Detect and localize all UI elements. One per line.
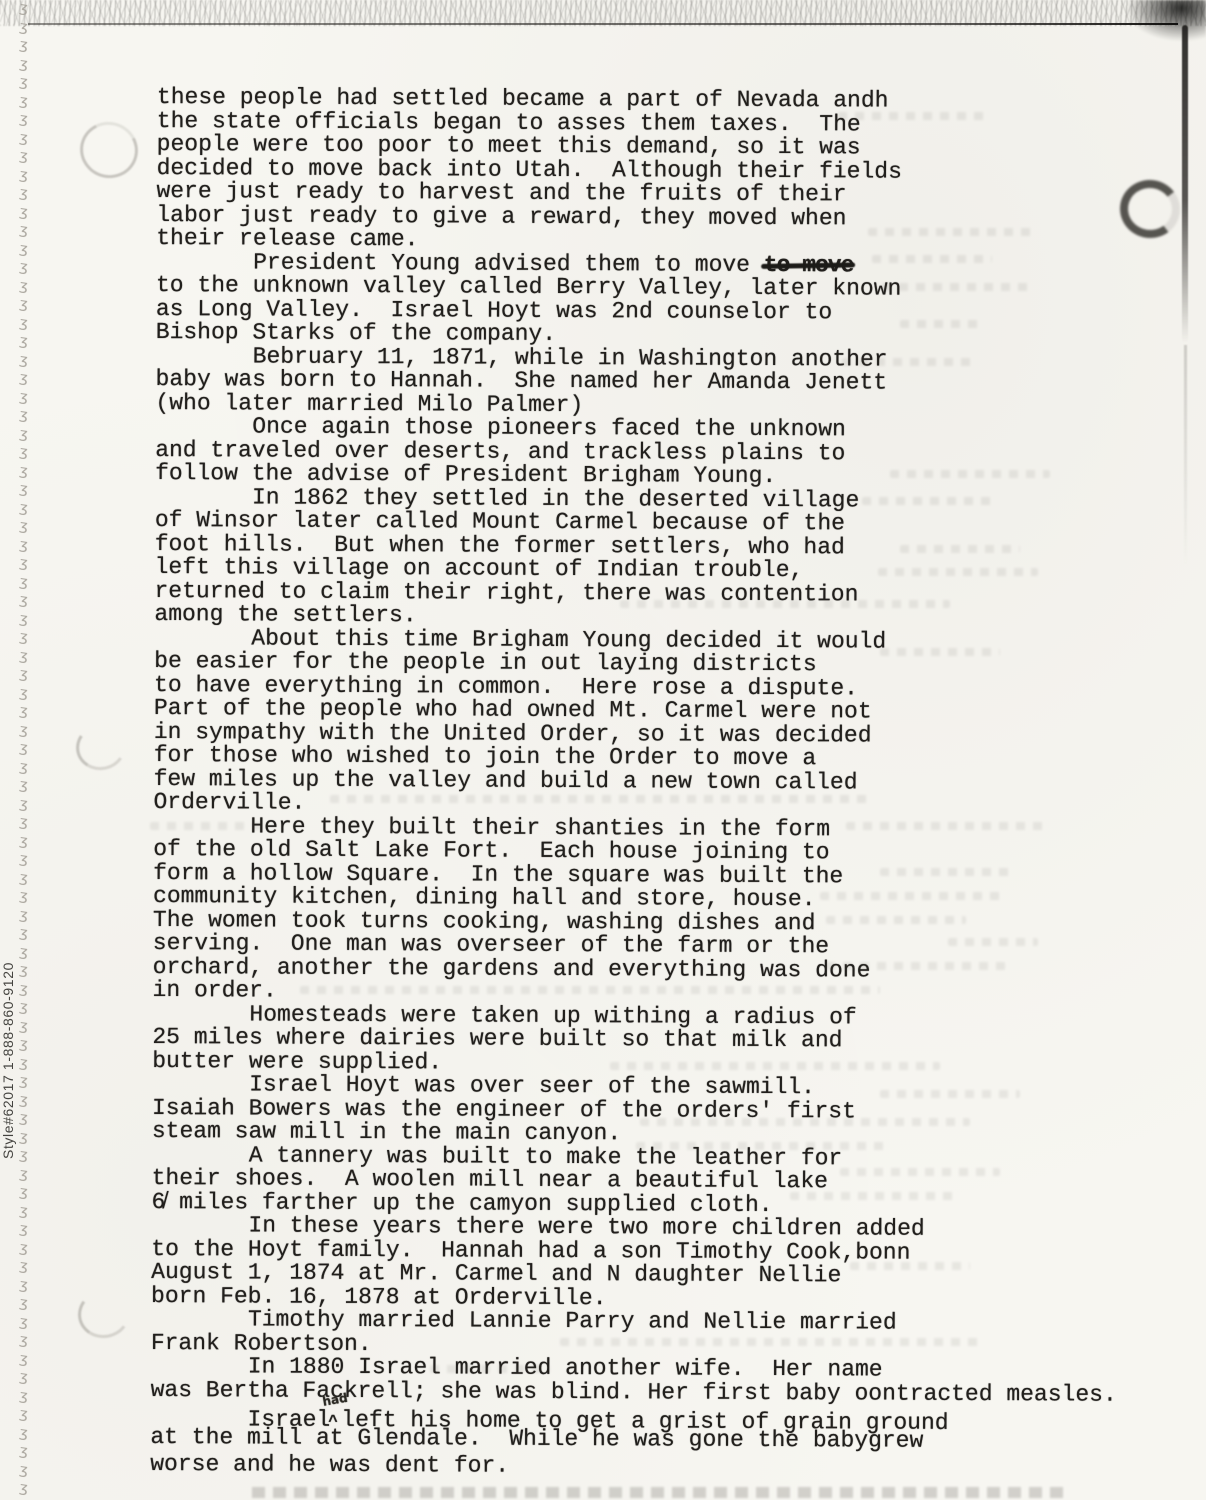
spiral-hook-icon: ʒ	[19, 149, 29, 163]
spiral-hook-icon: ʒ	[19, 760, 29, 774]
text-segment: worse and he was dent for.	[150, 1451, 509, 1479]
spiral-hook-icon: ʒ	[19, 408, 29, 422]
spiral-hook-icon: ʒ	[19, 1111, 29, 1125]
spiral-hook-icon: ʒ	[19, 94, 29, 108]
bleed-through-smudge	[900, 320, 980, 328]
spiral-hook-icon: ʒ	[19, 556, 29, 570]
spiral-hook-icon: ʒ	[19, 871, 29, 885]
spiral-hook-icon: ʒ	[19, 593, 29, 607]
stationery-code: Style#62017 1-888-860-9120	[0, 893, 17, 1159]
spiral-hook-icon: ʒ	[19, 1167, 29, 1181]
bleed-through-smudge	[300, 986, 880, 994]
text-segment: Frank Robertson.	[151, 1329, 372, 1356]
spiral-hook-icon: ʒ	[19, 1056, 29, 1070]
bleed-through-smudge	[868, 228, 1038, 236]
bleed-through-smudge	[150, 822, 260, 830]
spiral-hook-icon: ʒ	[19, 316, 29, 330]
spiral-hook-icon: ʒ	[19, 1204, 29, 1218]
bleed-through-smudge	[890, 470, 1050, 478]
bleed-through-smudge	[880, 1090, 1020, 1098]
bleed-through-smudge	[846, 822, 1046, 830]
scanner-corner-blotch	[1118, 0, 1206, 46]
spiral-hook-icon: ʒ	[19, 482, 29, 496]
bleed-through-smudge	[880, 648, 1000, 656]
hole-punch-mark	[73, 114, 145, 185]
text-line: at the mill at Glendale. While he was go…	[150, 1425, 1160, 1453]
bleed-through-smudge	[878, 568, 1038, 576]
bleed-through-smudge	[882, 283, 1032, 291]
caret-icon: ^	[328, 1411, 338, 1435]
spiral-hook-icon: ʒ	[19, 1093, 29, 1107]
scanned-page: ʒʒʒʒʒʒʒʒʒʒʒʒʒʒʒʒʒʒʒʒʒʒʒʒʒʒʒʒʒʒʒʒʒʒʒʒʒʒʒʒ…	[0, 0, 1206, 1500]
page-edge-shadow-line	[1182, 25, 1188, 343]
spiral-hook-icon: ʒ	[19, 1389, 29, 1403]
spiral-hook-icon: ʒ	[19, 260, 29, 274]
scanner-top-line-artifact	[28, 23, 1178, 25]
spiral-hook-icon: ʒ	[19, 963, 29, 977]
text-line: orchard, another the gardens and everyth…	[153, 955, 1163, 983]
bleed-through-smudge	[862, 497, 992, 505]
struck-out-text: to move	[764, 251, 854, 277]
bleed-through-smudge	[640, 1118, 970, 1126]
spiral-hook-icon: ʒ	[19, 1296, 29, 1310]
spiral-hook-icon: ʒ	[19, 1000, 29, 1014]
spiral-hook-icon: ʒ	[19, 1352, 29, 1366]
spiral-hook-icon: ʒ	[19, 1278, 29, 1292]
bleed-through-smudge	[820, 892, 1000, 900]
spiral-hook-icon: ʒ	[19, 1241, 29, 1255]
spiral-hook-icon: ʒ	[19, 630, 29, 644]
text-line: worse and he was dent for.	[150, 1453, 1160, 1481]
spiral-hook-icon: ʒ	[19, 612, 29, 626]
spiral-hook-icon: ʒ	[19, 1185, 29, 1199]
spiral-hook-icon: ʒ	[19, 1370, 29, 1384]
spiral-hook-icon: ʒ	[19, 1074, 29, 1088]
text-segment: Orderville.	[153, 789, 305, 816]
spiral-hook-icon: ʒ	[19, 667, 29, 681]
spiral-hook-icon: ʒ	[19, 445, 29, 459]
spiral-hook-icon: ʒ	[19, 1019, 29, 1033]
spiral-hook-icon: ʒ	[19, 205, 29, 219]
spiral-hook-icon: ʒ	[19, 297, 29, 311]
spiral-hook-icon: ʒ	[19, 538, 29, 552]
bleed-through-smudge	[872, 255, 992, 263]
bleed-through-smudge	[560, 1338, 980, 1346]
bleed-through-smudge	[330, 795, 870, 803]
spiral-hook-icon: ʒ	[19, 38, 29, 52]
spiral-hook-icon: ʒ	[19, 889, 29, 903]
handwritten-insertion: had^	[330, 1403, 341, 1426]
spiral-hook-icon: ʒ	[19, 852, 29, 866]
spiral-hook-icon: ʒ	[19, 723, 29, 737]
spiral-hook-icon: ʒ	[19, 649, 29, 663]
bleed-through-smudge	[620, 600, 950, 608]
typed-text: these people had settled became a part o…	[150, 86, 1167, 1481]
bleed-through-smudge	[850, 1262, 970, 1270]
spiral-hook-icon: ʒ	[19, 20, 29, 34]
spiral-hook-icon: ʒ	[19, 1481, 29, 1495]
bleed-through-smudge	[826, 962, 1006, 970]
spiral-hook-icon: ʒ	[19, 908, 29, 922]
bleed-through-smudge	[880, 868, 1010, 876]
spiral-hook-icon: ʒ	[19, 686, 29, 700]
spiral-hook-icon: ʒ	[19, 1148, 29, 1162]
bleed-through-smudge	[826, 916, 966, 924]
hole-punch-mark	[72, 719, 130, 774]
bleed-through-smudge	[838, 112, 988, 120]
spiral-hook-icon: ʒ	[19, 427, 29, 441]
spiral-hook-icon: ʒ	[19, 575, 29, 589]
spiral-hook-icon: ʒ	[19, 334, 29, 348]
bleed-through-smudge	[842, 358, 972, 366]
spiral-hook-icon: ʒ	[19, 112, 29, 126]
spiral-hook-icon: ʒ	[19, 168, 29, 182]
spiral-hook-icon: ʒ	[19, 778, 29, 792]
spiral-hook-icon: ʒ	[19, 1259, 29, 1273]
bleed-through-bottom-strip	[252, 1487, 1067, 1498]
spiral-hook-icon: ʒ	[19, 57, 29, 71]
text-segment: at the mill at Glendale. While he was go…	[150, 1423, 923, 1453]
spiral-hook-icon: ʒ	[19, 982, 29, 996]
text-segment: in order.	[153, 977, 277, 1004]
spiral-hook-icon: ʒ	[19, 1444, 29, 1458]
bleed-through-smudge	[840, 1168, 1000, 1176]
spiral-hook-icon: ʒ	[19, 1426, 29, 1440]
spiral-hook-icon: ʒ	[19, 501, 29, 515]
spiral-hook-icon: ʒ	[19, 75, 29, 89]
spiral-hook-icon: ʒ	[19, 131, 29, 145]
spiral-hook-icon: ʒ	[19, 1463, 29, 1477]
spiral-hook-icon: ʒ	[19, 464, 29, 478]
spiral-binding: ʒʒʒʒʒʒʒʒʒʒʒʒʒʒʒʒʒʒʒʒʒʒʒʒʒʒʒʒʒʒʒʒʒʒʒʒʒʒʒʒ…	[14, 2, 34, 1496]
spiral-hook-icon: ʒ	[19, 1407, 29, 1421]
page-edge-shadow-line-faint	[1184, 345, 1187, 565]
spiral-hook-icon: ʒ	[19, 1037, 29, 1051]
spiral-hook-icon: ʒ	[19, 1222, 29, 1236]
bleed-through-smudge	[636, 1142, 886, 1150]
spiral-hook-icon: ʒ	[19, 223, 29, 237]
spiral-hook-icon: ʒ	[19, 390, 29, 404]
spiral-hook-icon: ʒ	[19, 353, 29, 367]
spiral-hook-icon: ʒ	[19, 815, 29, 829]
spiral-hook-icon: ʒ	[19, 279, 29, 293]
spiral-hook-icon: ʒ	[19, 704, 29, 718]
bleed-through-smudge	[948, 938, 1038, 946]
bleed-through-smudge	[610, 1062, 940, 1070]
spiral-hook-icon: ʒ	[19, 1130, 29, 1144]
bleed-through-smudge	[430, 1365, 550, 1373]
spiral-hook-icon: ʒ	[19, 1, 29, 15]
bleed-through-smudge	[900, 545, 1020, 553]
spiral-hook-icon: ʒ	[19, 1333, 29, 1347]
spiral-hook-icon: ʒ	[19, 741, 29, 755]
spiral-hook-icon: ʒ	[19, 1315, 29, 1329]
hole-punch-mark	[74, 1286, 134, 1342]
spiral-hook-icon: ʒ	[19, 371, 29, 385]
spiral-hook-icon: ʒ	[19, 519, 29, 533]
spiral-hook-icon: ʒ	[19, 797, 29, 811]
spiral-hook-icon: ʒ	[19, 834, 29, 848]
spiral-hook-icon: ʒ	[19, 242, 29, 256]
spiral-hook-icon: ʒ	[19, 186, 29, 200]
bleed-through-smudge	[790, 1192, 960, 1200]
spiral-hook-icon: ʒ	[19, 926, 29, 940]
spiral-hook-icon: ʒ	[19, 945, 29, 959]
